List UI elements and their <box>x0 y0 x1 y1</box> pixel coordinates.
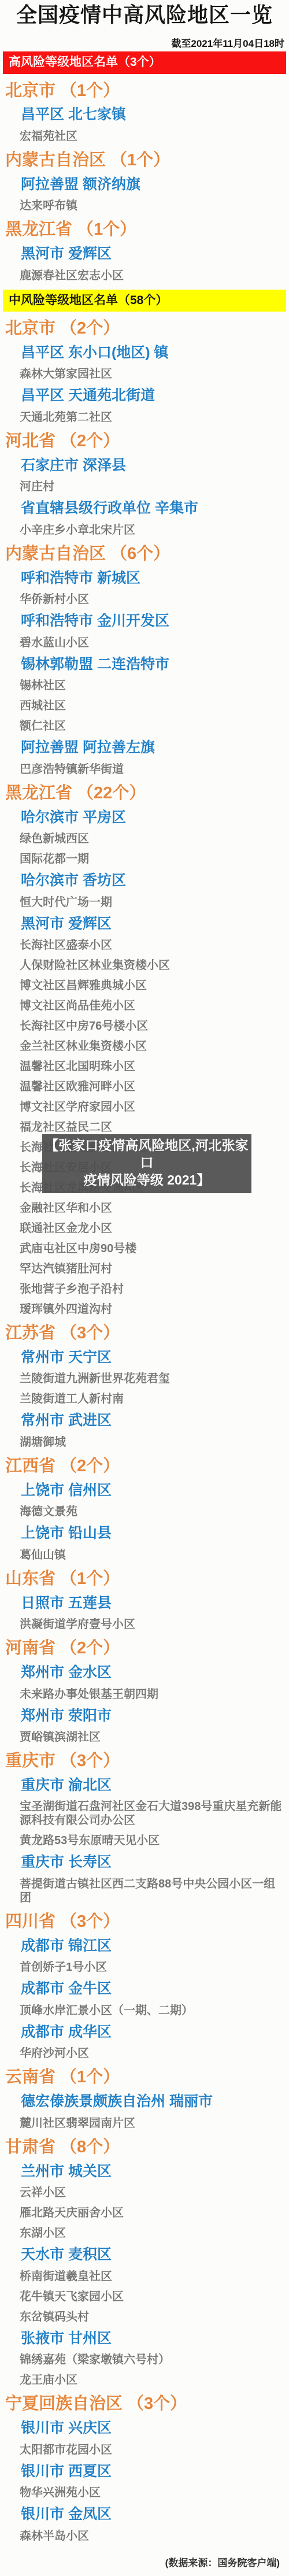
community-item: 巴彦浩特镇新华街道 <box>20 763 282 776</box>
community-item: 宝圣湖街道石盘河社区金石大道398号重庆星充新能源科技有限公司办公区 <box>20 1800 282 1827</box>
city-district: 常州市 武进区 <box>21 1413 284 1429</box>
community-item: 达来呼布镇 <box>20 199 282 213</box>
city-district: 昌平区 天通苑北街道 <box>21 388 284 404</box>
community-item: 博文社区学府家园小区 <box>20 1100 282 1114</box>
community-item: 鹿源春社区宏志小区 <box>20 269 282 283</box>
page-title: 全国疫情中高风险地区一览 <box>0 3 289 27</box>
community-item: 森林半岛小区 <box>20 2529 282 2543</box>
community-item: 顶峰水岸汇景小区（一期、二期） <box>20 2004 282 2018</box>
community-item: 锦绣嘉苑（梁家墩镇六号村） <box>20 2353 282 2367</box>
city-district: 张掖市 甘州区 <box>21 2331 284 2347</box>
city-district: 哈尔滨市 香坊区 <box>21 873 284 889</box>
community-item: 桥南街道羲皇社区 <box>20 2270 282 2283</box>
city-district: 省直辖县级行政单位 辛集市 <box>21 501 284 517</box>
community-item: 额仁社区 <box>20 719 282 733</box>
province-header: 黑龙江省 （22个） <box>5 784 284 803</box>
community-item: 恒大时代广场一期 <box>20 895 282 909</box>
community-item: 锡林社区 <box>20 679 282 693</box>
community-item: 西城社区 <box>20 699 282 713</box>
city-district: 昌平区 东小口(地区) 镇 <box>21 345 284 361</box>
community-item: 天通北苑第二社区 <box>20 410 282 424</box>
city-district: 呼和浩特市 金川开发区 <box>21 613 284 630</box>
watermark-line-2: 疫情风险等级 2021】 <box>43 1172 250 1189</box>
watermark-overlay: 【张家口疫情高风险地区,河北张家口 疫情风险等级 2021】 <box>42 1134 251 1193</box>
province-header: 宁夏回族自治区 （3个） <box>5 2395 284 2414</box>
city-district: 郑州市 金水区 <box>21 1665 284 1681</box>
city-district: 哈尔滨市 平房区 <box>21 810 284 826</box>
community-item: 联通社区金龙小区 <box>20 1222 282 1235</box>
community-item: 张地营子乡泡子沿村 <box>20 1282 282 1296</box>
community-item: 黄龙路53号东原晴天见小区 <box>20 1834 282 1848</box>
province-header: 江西省 （2个） <box>5 1457 284 1476</box>
city-district: 阿拉善盟 额济纳旗 <box>21 177 284 193</box>
community-item: 金兰社区林业集资楼小区 <box>20 1039 282 1053</box>
community-item: 太阳都市花园小区 <box>20 2443 282 2457</box>
city-district: 成都市 成华区 <box>21 2024 284 2041</box>
community-item: 武庙屯社区中房90号楼 <box>20 1242 282 1256</box>
community-item: 华府沙河小区 <box>20 2046 282 2060</box>
community-item: 温馨社区北国明珠小区 <box>20 1060 282 1074</box>
province-header: 河北省 （2个） <box>5 432 284 451</box>
province-header: 内蒙古自治区 （1个） <box>5 151 284 170</box>
medium-risk-banner: 中风险等级地区名单（58个） <box>3 290 286 312</box>
community-item: 菩提街道古镇社区西二支路88号中央公园小区一组团 <box>20 1877 282 1905</box>
community-item: 龙王庙小区 <box>20 2373 282 2387</box>
city-district: 成都市 金牛区 <box>21 1981 284 1997</box>
city-district: 阿拉善盟 阿拉善左旗 <box>21 740 284 756</box>
community-item: 东岔镇码头村 <box>20 2310 282 2324</box>
province-header: 云南省 （1个） <box>5 2068 284 2087</box>
community-item: 麓川社区翡翠园南片区 <box>20 2116 282 2130</box>
community-item: 森林大第家园社区 <box>20 367 282 381</box>
community-item: 长海社区中房76号楼小区 <box>20 1019 282 1033</box>
community-item: 雁北路天庆丽舍小区 <box>20 2206 282 2220</box>
watermark-line-1: 【张家口疫情高风险地区,河北张家口 <box>43 1137 250 1172</box>
city-district: 日照市 五莲县 <box>21 1596 284 1612</box>
community-item: 罕达汽镇猪肚河村 <box>20 1262 282 1276</box>
infographic-page: 全国疫情中高风险地区一览 截至2021年11月04日18时 高风险等级地区名单（… <box>0 0 289 2576</box>
community-item: 贾峪镇滨湖社区 <box>20 1730 282 1744</box>
community-item: 兰陵街道九洲新世界花苑君玺 <box>20 1372 282 1386</box>
city-district: 黑河市 爱辉区 <box>21 916 284 932</box>
community-item: 金融社区华和小区 <box>20 1201 282 1215</box>
community-item: 国际花都一期 <box>20 852 282 866</box>
community-item: 博文社区昌辉雅典城小区 <box>20 979 282 993</box>
community-item: 福龙社区益民二区 <box>20 1120 282 1134</box>
city-district: 石家庄市 深泽县 <box>21 458 284 474</box>
province-header: 北京市 （2个） <box>5 320 284 338</box>
city-district: 郑州市 荥阳市 <box>21 1708 284 1724</box>
community-item: 东湖小区 <box>20 2226 282 2240</box>
province-header: 河南省 （2个） <box>5 1639 284 1658</box>
city-district: 昌平区 北七家镇 <box>21 107 284 123</box>
community-item: 花牛镇天飞家园小区 <box>20 2290 282 2304</box>
city-district: 常州市 天宁区 <box>21 1350 284 1366</box>
community-item: 兰陵街道工人新村南 <box>20 1392 282 1406</box>
city-district: 上饶市 铅山县 <box>21 1526 284 1542</box>
city-district: 兰州市 城关区 <box>21 2164 284 2180</box>
province-header: 内蒙古自治区 （6个） <box>5 545 284 564</box>
as-of-date: 截至2021年11月04日18时 <box>0 35 284 50</box>
province-header: 甘肃省 （8个） <box>5 2138 284 2157</box>
community-item: 河庄村 <box>20 480 282 494</box>
city-district: 黑河市 爱辉区 <box>21 246 284 262</box>
community-item: 未来路办事处银基王朝四期 <box>20 1687 282 1701</box>
community-item: 绿色新城西区 <box>20 832 282 846</box>
city-district: 重庆市 渝北区 <box>21 1778 284 1794</box>
city-district: 锡林郭勒盟 二连浩特市 <box>21 657 284 673</box>
province-header: 江苏省 （3个） <box>5 1324 284 1343</box>
community-item: 小辛庄乡小章北宋片区 <box>20 523 282 537</box>
province-header: 四川省 （3个） <box>5 1913 284 1931</box>
city-district: 银川市 兴庆区 <box>21 2420 284 2437</box>
community-item: 物华兴洲苑小区 <box>20 2486 282 2500</box>
community-item: 云祥小区 <box>20 2186 282 2200</box>
data-source-note: (数据来源：国务院客户端) <box>0 2555 280 2569</box>
community-item: 博文社区尚品佳苑小区 <box>20 999 282 1013</box>
city-district: 成都市 锦江区 <box>21 1938 284 1955</box>
risk-area-list: 高风险等级地区名单（3个）北京市 （1个）昌平区 北七家镇宏福苑社区内蒙古自治区… <box>0 51 289 2542</box>
city-district: 上饶市 信州区 <box>21 1483 284 1499</box>
province-header: 北京市 （1个） <box>5 82 284 101</box>
community-item: 湖塘御城 <box>20 1435 282 1449</box>
community-item: 温馨社区欧雅河畔小区 <box>20 1080 282 1094</box>
city-district: 德宏傣族景颇族自治州 瑞丽市 <box>21 2094 284 2110</box>
city-district: 重庆市 长寿区 <box>21 1855 284 1871</box>
city-district: 天水市 麦积区 <box>21 2247 284 2263</box>
community-item: 宏福苑社区 <box>20 129 282 143</box>
city-district: 银川市 金凤区 <box>21 2507 284 2523</box>
high-risk-banner: 高风险等级地区名单（3个） <box>3 51 286 73</box>
province-header: 黑龙江省 （1个） <box>5 221 284 239</box>
community-item: 葛仙山镇 <box>20 1548 282 1562</box>
community-item: 人保财险社区林业集资楼小区 <box>20 958 282 972</box>
province-header: 山东省 （1个） <box>5 1570 284 1589</box>
community-item: 瑷珲镇外四道沟村 <box>20 1302 282 1316</box>
city-district: 呼和浩特市 新城区 <box>21 571 284 587</box>
city-district: 银川市 西夏区 <box>21 2464 284 2480</box>
province-header: 重庆市 （3个） <box>5 1752 284 1771</box>
community-item: 首创娇子1号小区 <box>20 1960 282 1974</box>
community-item: 碧水蓝山小区 <box>20 636 282 650</box>
community-item: 海德文景苑 <box>20 1505 282 1519</box>
community-item: 长海社区盛泰小区 <box>20 938 282 952</box>
community-item: 华侨新村小区 <box>20 593 282 606</box>
community-item: 洪凝街道学府壹号小区 <box>20 1618 282 1631</box>
